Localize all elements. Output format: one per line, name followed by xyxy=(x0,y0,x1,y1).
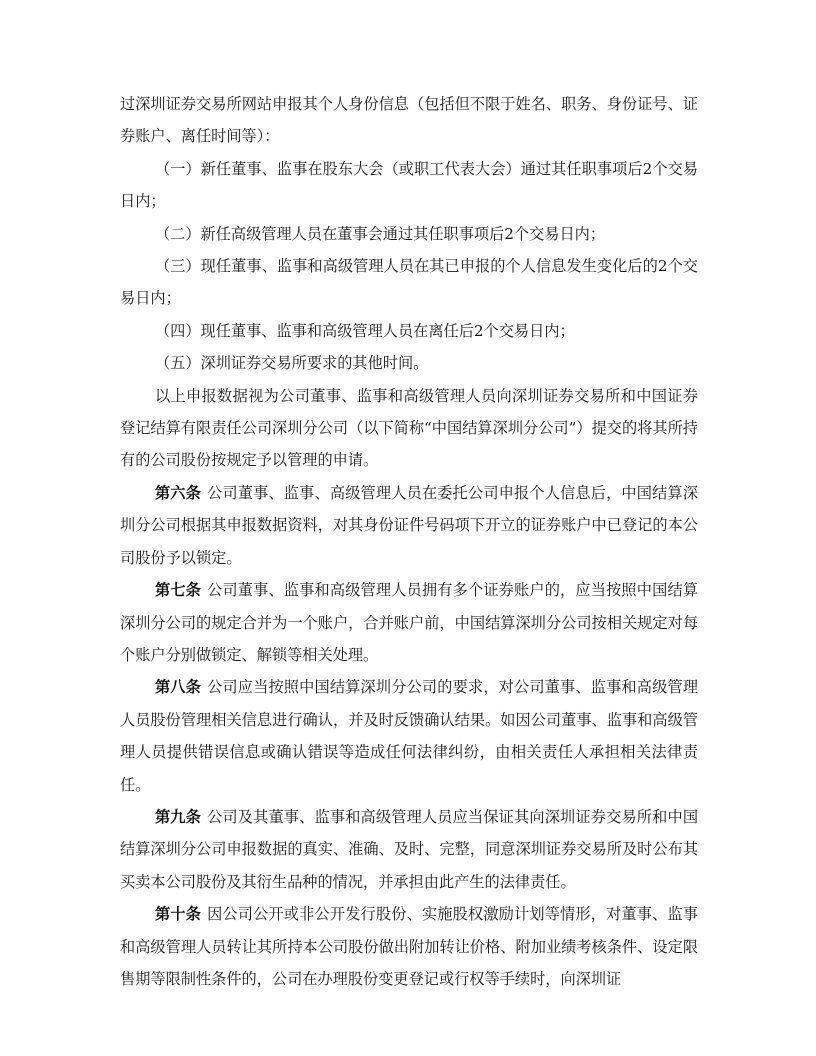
paragraph-item-3: （三）现任董事、监事和高级管理人员在其已申报的个人信息发生变化后的2个交易日内； xyxy=(120,250,698,315)
article-6-body: 公司董事、监事、高级管理人员在委托公司申报个人信息后，中国结算深圳分公司根据其申… xyxy=(120,484,698,567)
article-9-heading: 第九条 xyxy=(155,808,201,826)
article-10-body: 因公司公开或非公开发行股份、实施股权激励计划等情形，对董事、监事和高级管理人员转… xyxy=(120,905,698,988)
paragraph-item-5: （五）深圳证券交易所要求的其他时间。 xyxy=(120,347,698,379)
paragraph-declaration-summary: 以上申报数据视为公司董事、监事和高级管理人员向深圳证券交易所和中国证券登记结算有… xyxy=(120,380,698,477)
article-7-body: 公司董事、监事和高级管理人员拥有多个证券账户的，应当按照中国结算深圳分公司的规定… xyxy=(120,581,698,664)
document-page: 过深圳证券交易所网站申报其个人身份信息（包括但不限于姓名、职务、身份证号、证券账… xyxy=(120,88,698,995)
article-9-body: 公司及其董事、监事和高级管理人员应当保证其向深圳证券交易所和中国结算深圳分公司申… xyxy=(120,808,698,891)
article-9: 第九条公司及其董事、监事和高级管理人员应当保证其向深圳证券交易所和中国结算深圳分… xyxy=(120,801,698,898)
article-7-heading: 第七条 xyxy=(155,581,201,599)
paragraph-item-1: （一）新任董事、监事在股东大会（或职工代表大会）通过其任职事项后2个交易日内； xyxy=(120,153,698,218)
article-8-heading: 第八条 xyxy=(155,678,201,696)
article-6-heading: 第六条 xyxy=(155,484,201,502)
article-8: 第八条公司应当按照中国结算深圳分公司的要求，对公司董事、监事和高级管理人员股份管… xyxy=(120,671,698,801)
article-10-heading: 第十条 xyxy=(155,905,201,923)
paragraph-item-4: （四）现任董事、监事和高级管理人员在离任后2个交易日内； xyxy=(120,315,698,347)
article-10: 第十条因公司公开或非公开发行股份、实施股权激励计划等情形，对董事、监事和高级管理… xyxy=(120,898,698,995)
paragraph-item-2: （二）新任高级管理人员在董事会通过其任职事项后2个交易日内； xyxy=(120,218,698,250)
article-6: 第六条公司董事、监事、高级管理人员在委托公司申报个人信息后，中国结算深圳分公司根… xyxy=(120,477,698,574)
article-7: 第七条公司董事、监事和高级管理人员拥有多个证券账户的，应当按照中国结算深圳分公司… xyxy=(120,574,698,671)
paragraph-declaration-intro: 过深圳证券交易所网站申报其个人身份信息（包括但不限于姓名、职务、身份证号、证券账… xyxy=(120,88,698,153)
article-8-body: 公司应当按照中国结算深圳分公司的要求，对公司董事、监事和高级管理人员股份管理相关… xyxy=(120,678,698,793)
